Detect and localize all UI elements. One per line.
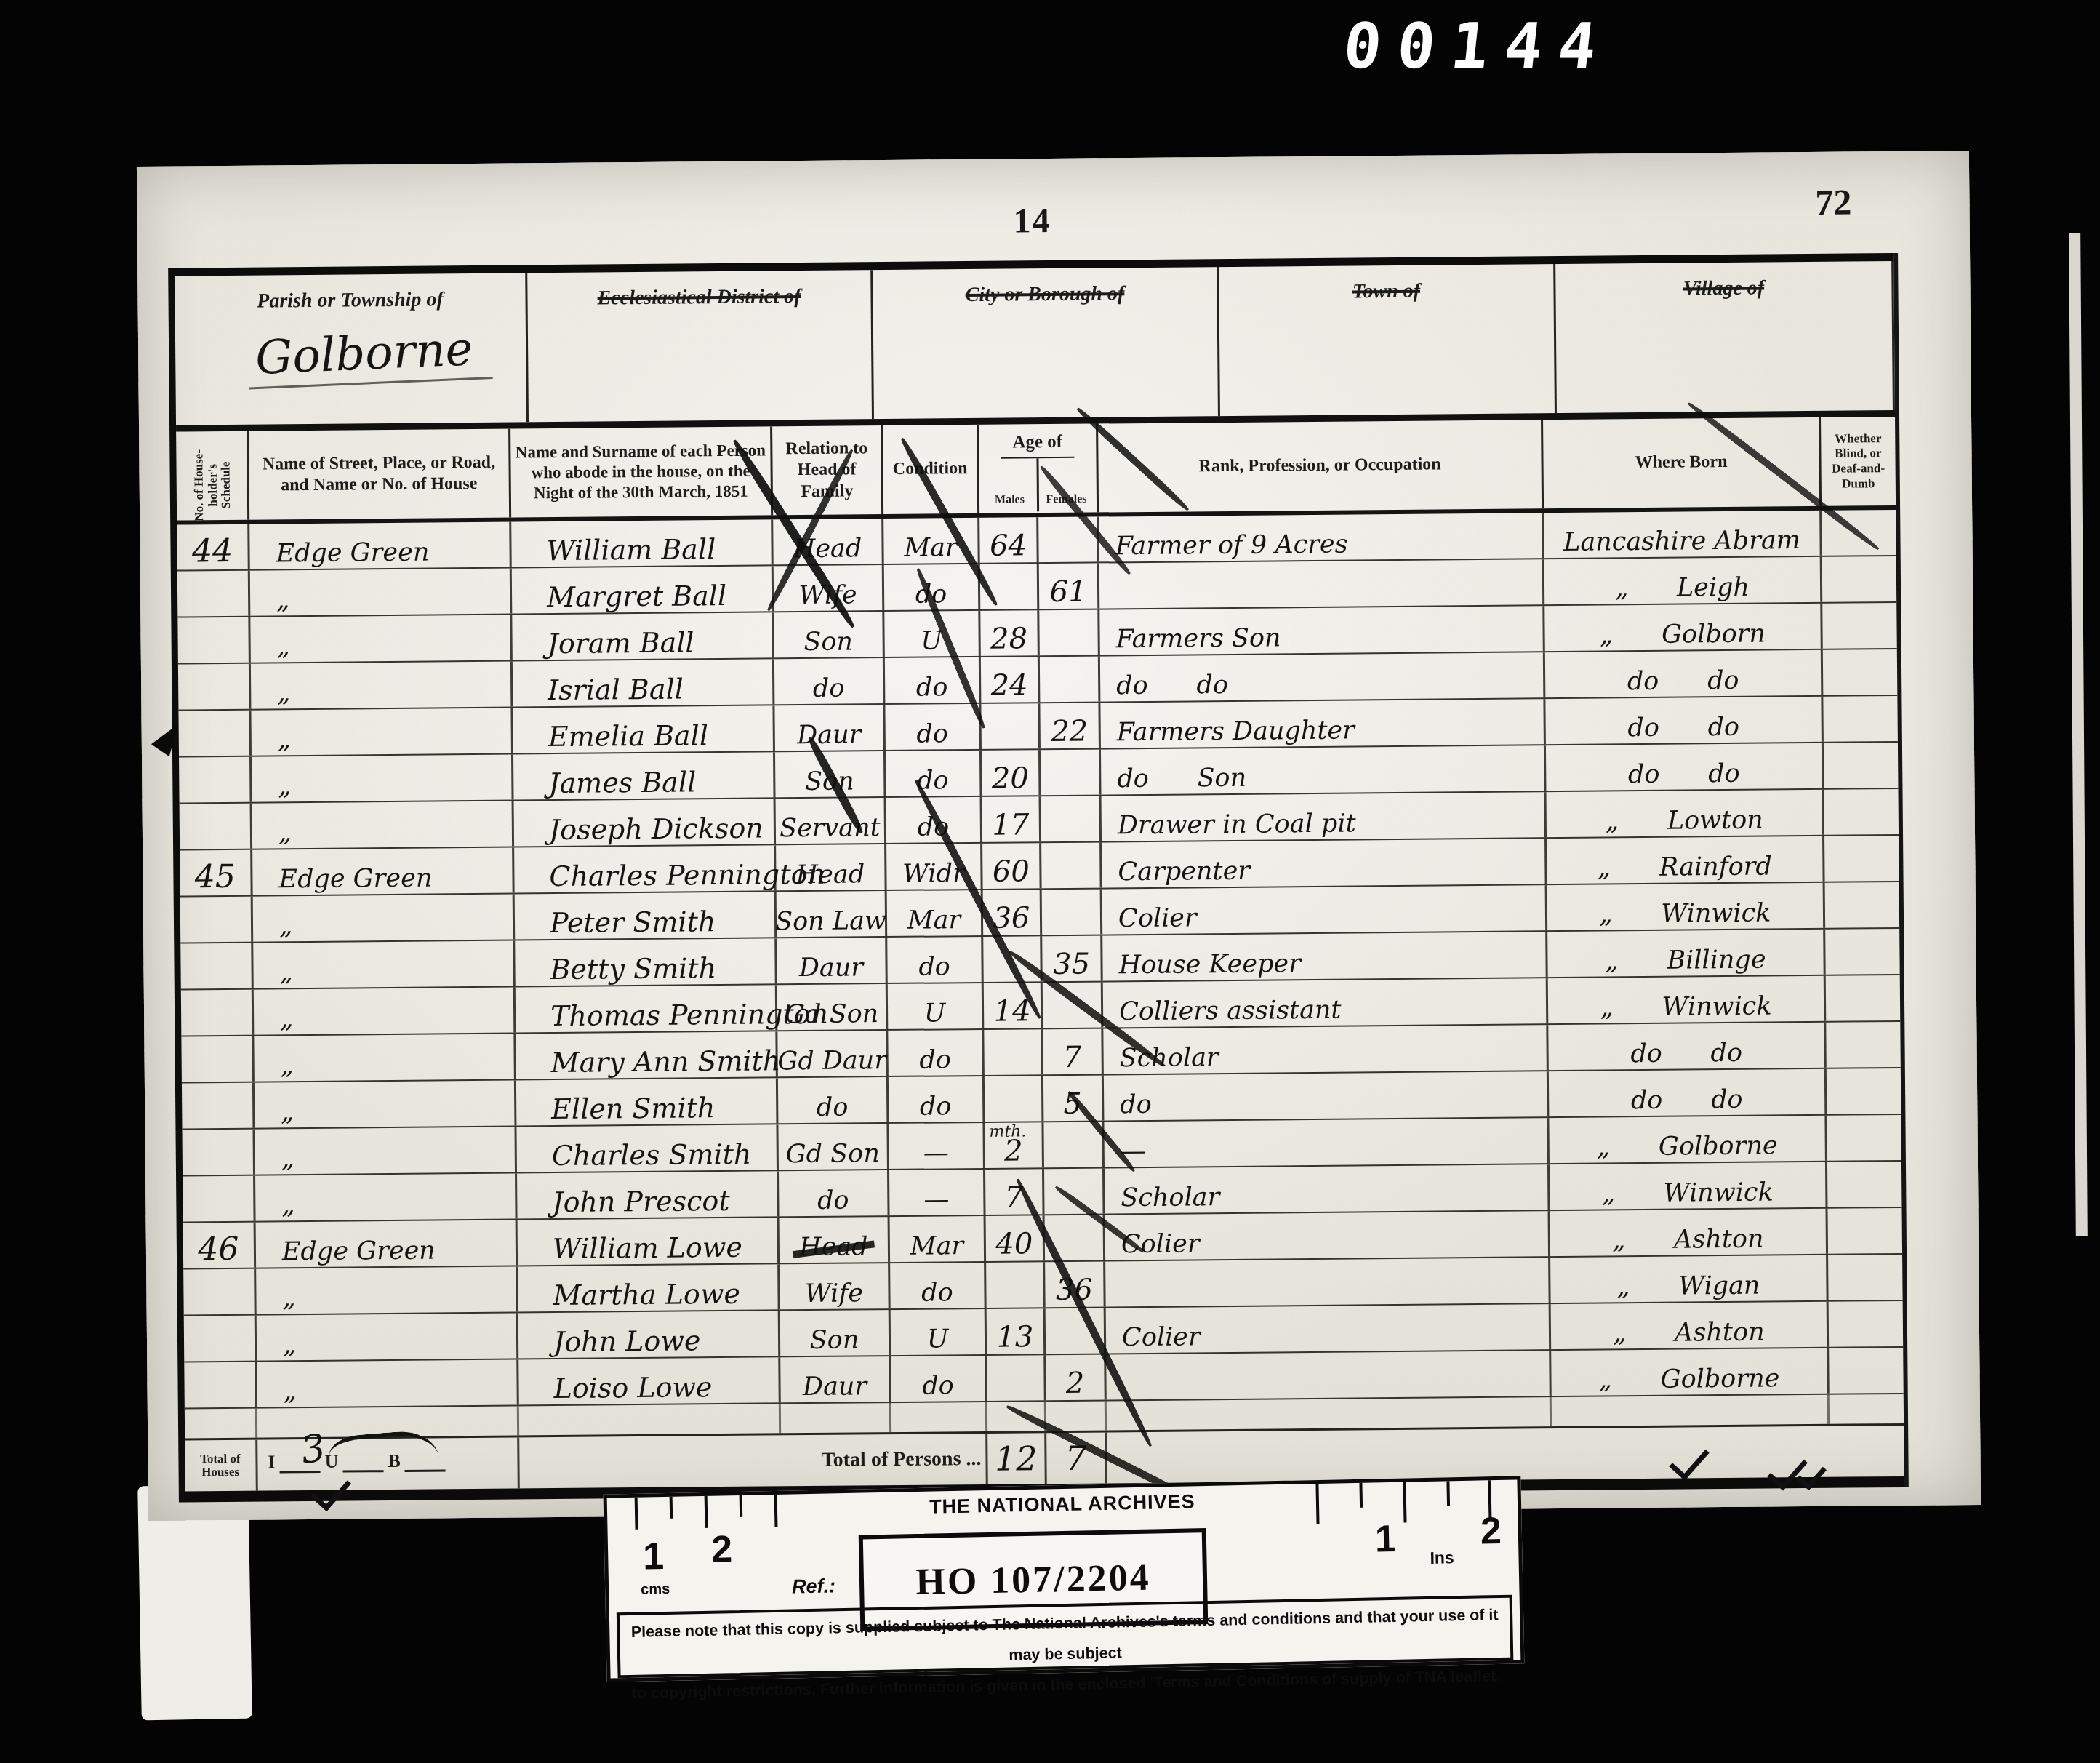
- cms-number-1: 1: [643, 1535, 665, 1579]
- cell-age_m: 60: [982, 843, 1042, 889]
- cell-condition: do: [887, 937, 984, 983]
- cell-age_m: [985, 1076, 1044, 1122]
- handwritten-age_m: 60: [993, 857, 1030, 886]
- handwritten-born: „ Rainford: [1598, 854, 1772, 881]
- handwritten-name: Isrial Ball: [548, 675, 684, 704]
- scan-counter: 00144: [1340, 10, 1616, 83]
- cell-age_m: [981, 703, 1041, 749]
- cell-age_f: [1044, 1168, 1105, 1214]
- cell-born: „ Rainford: [1547, 836, 1825, 884]
- handwritten-born: „ Golborne: [1599, 1366, 1780, 1393]
- cell-occupation: Colier: [1105, 1211, 1551, 1260]
- cell-schedule: [183, 1176, 256, 1222]
- handwritten-name: James Ball: [548, 768, 696, 797]
- cell-born: „ Wigan: [1550, 1255, 1829, 1303]
- handwritten-street: „: [279, 960, 292, 986]
- handwritten-relation: do: [813, 676, 845, 702]
- ruler-tick: [670, 1497, 673, 1519]
- cell-age_f: 61: [1039, 563, 1100, 609]
- cell-name: Emelia Ball: [513, 705, 775, 753]
- handwritten-street: „: [277, 634, 290, 660]
- cell-street: „: [256, 1267, 518, 1314]
- cell-relation: Gd Son: [777, 984, 889, 1030]
- cell-occupation: Farmer of 9 Acres: [1099, 513, 1544, 561]
- cell-born: „ Golborn: [1544, 604, 1823, 651]
- cell-name: Joram Ball: [512, 612, 774, 660]
- handwritten-condition: U: [924, 1001, 946, 1026]
- cell-street: Edge Green: [252, 848, 515, 895]
- col-born-header: Where Born: [1543, 417, 1822, 508]
- handwritten-occupation: Farmers Son: [1116, 625, 1281, 652]
- cell-street: „: [255, 1081, 517, 1128]
- handwritten-name: Emelia Ball: [548, 721, 709, 751]
- cell-age_m: 17: [982, 796, 1042, 842]
- handwritten-age_f: 2: [1066, 1369, 1085, 1398]
- cell-age_f: [1041, 796, 1102, 841]
- cell-occupation: do: [1104, 1071, 1550, 1120]
- ruler-tick: [774, 1495, 778, 1527]
- handwritten-born: „ Winwick: [1599, 900, 1771, 927]
- handwritten-schedule: 44: [192, 535, 233, 567]
- cell-blind: [1829, 1301, 1904, 1347]
- handwritten-age_m: 40: [995, 1229, 1033, 1258]
- village-label: Village of: [1555, 261, 1895, 413]
- handwritten-born: Lancashire Abram: [1563, 528, 1800, 556]
- total-houses-label: Total of Houses: [185, 1452, 255, 1479]
- houses-iub-cell: I U B 3: [257, 1438, 520, 1491]
- cell-name: Mary Ann Smith: [516, 1031, 778, 1079]
- cell-name: James Ball: [513, 752, 776, 799]
- cell-schedule: [182, 1083, 255, 1129]
- cell-street: „: [253, 941, 516, 988]
- cell-occupation: —: [1104, 1118, 1550, 1167]
- cell-name: John Lowe: [518, 1311, 781, 1358]
- total-persons-label: Total of Persons ...: [519, 1447, 985, 1475]
- cell-relation: do: [779, 1170, 890, 1216]
- handwritten-street: „: [281, 1146, 294, 1172]
- cell-born: do do: [1548, 1023, 1827, 1070]
- cell-blind: [1827, 1068, 1901, 1114]
- ruler-tick: [740, 1495, 743, 1517]
- handwritten-occupation: Scholar: [1120, 1045, 1219, 1071]
- folio-number-center: 14: [1013, 201, 1051, 241]
- handwritten-condition: U: [921, 628, 942, 654]
- handwritten-relation: Gd Son: [785, 1002, 878, 1028]
- handwritten-condition: do: [922, 1373, 954, 1399]
- cell-street: Edge Green: [249, 522, 512, 569]
- tna-copyright-notice: Please note that this copy is supplied s…: [617, 1595, 1514, 1679]
- cell-blind: [1822, 556, 1897, 602]
- handwritten-condition: do: [916, 675, 948, 700]
- cell-name: Martha Lowe: [518, 1264, 780, 1311]
- cell-schedule: [177, 571, 251, 617]
- cell-born: Lancashire Abram: [1544, 511, 1822, 558]
- cell-age_m: mth.2: [985, 1122, 1044, 1168]
- cell-condition: do: [888, 1030, 985, 1076]
- cell-street: „: [257, 1314, 519, 1361]
- handwritten-street: „: [278, 774, 291, 799]
- cell-age_m: [986, 1262, 1046, 1308]
- cell-age_f: 2: [1046, 1354, 1107, 1400]
- ruler-tick: [1359, 1483, 1363, 1508]
- cell-schedule: [181, 1036, 255, 1082]
- cell-schedule: [182, 1130, 255, 1175]
- cell-relation: do: [778, 1077, 889, 1123]
- handwritten-born: „ Golborn: [1600, 622, 1766, 649]
- handwritten-relation: Son: [803, 629, 853, 655]
- cell-street: Edge Green: [256, 1220, 518, 1268]
- cell-occupation: Carpenter: [1102, 839, 1547, 887]
- handwritten-age_m: 17: [992, 810, 1029, 839]
- handwritten-occupation: do Son: [1117, 766, 1246, 793]
- city-borough-label: City or Borough of: [873, 267, 1220, 419]
- handwritten-name: Betty Smith: [550, 954, 716, 983]
- handwritten-name: Charles Smith: [552, 1140, 752, 1170]
- cell-relation: Son: [774, 612, 885, 657]
- cell-condition: do: [885, 704, 982, 750]
- cell-relation: Head: [780, 1217, 891, 1263]
- handwritten-born: „ Winwick: [1602, 1180, 1774, 1207]
- col-street-header: Name of Street, Place, or Road, and Name…: [249, 429, 511, 520]
- handwritten-age_m: 28: [990, 624, 1027, 653]
- handwritten-condition: Mar: [910, 1234, 964, 1260]
- cell-born: do do: [1545, 650, 1824, 697]
- cell-age_f: [1039, 609, 1100, 655]
- age-males-label: Males: [982, 458, 1039, 512]
- cell-condition: do: [889, 1076, 985, 1122]
- handwritten-condition: Mar: [904, 535, 958, 561]
- handwritten-name: Mary Ann Smith: [551, 1047, 781, 1076]
- handwritten-name: Loiso Lowe: [553, 1373, 712, 1402]
- cell-occupation: Colliers assistant: [1103, 978, 1549, 1027]
- handwritten-relation: Daur: [797, 722, 862, 748]
- ins-number-2: 2: [1480, 1509, 1502, 1554]
- cell-street: „: [257, 1360, 519, 1407]
- cell-blind: [1823, 649, 1898, 695]
- cell-schedule: [180, 943, 254, 989]
- handwritten-street: Edge Green: [282, 1239, 436, 1266]
- column-header-row: No. of House-holder's Schedule Name of S…: [176, 417, 1896, 525]
- handwritten-born: do do: [1630, 1041, 1742, 1067]
- cell-age_f: 22: [1040, 703, 1101, 748]
- cell-schedule: 44: [177, 524, 250, 570]
- cell-schedule: [180, 897, 254, 943]
- col-schedule-header: No. of House-holder's Schedule: [176, 431, 249, 521]
- ins-label: Ins: [1430, 1548, 1454, 1568]
- col-schedule-label: No. of House-holder's Schedule: [192, 440, 233, 530]
- cell-street: „: [254, 988, 516, 1035]
- handwritten-age_f: 35: [1053, 950, 1090, 979]
- cell-name: Margret Ball: [512, 566, 774, 613]
- handwritten-street: „: [283, 1332, 296, 1358]
- cell-name: Ellen Smith: [516, 1078, 779, 1125]
- cell-relation: Gd Son: [778, 1124, 889, 1170]
- cell-occupation: Colier: [1106, 1304, 1552, 1353]
- cms-number-2: 2: [710, 1527, 732, 1572]
- cell-occupation: Farmers Daughter: [1100, 699, 1546, 748]
- handwritten-born: „ Ashton: [1613, 1320, 1765, 1347]
- handwritten-street: „: [282, 1286, 295, 1311]
- cell-condition: U: [891, 1309, 987, 1355]
- handwritten-age_m: 14: [993, 996, 1030, 1026]
- handwritten-born: „ Lowton: [1606, 808, 1763, 835]
- handwritten-street: „: [281, 1100, 294, 1125]
- cell-street: „: [255, 1174, 518, 1221]
- cell-schedule: [183, 1269, 257, 1315]
- cell-name: Loiso Lowe: [518, 1357, 781, 1404]
- cell-schedule: 46: [183, 1223, 257, 1268]
- cell-relation: Daur: [777, 938, 888, 983]
- cell-occupation: House Keeper: [1102, 932, 1548, 980]
- cell-schedule: [184, 1362, 257, 1408]
- cell-name: Isrial Ball: [513, 659, 775, 706]
- handwritten-name: Peter Smith: [550, 908, 716, 937]
- handwritten-street: „: [277, 681, 290, 706]
- cell-street: „: [253, 895, 516, 942]
- cell-relation: Son: [780, 1310, 891, 1356]
- town-label: Town of: [1219, 264, 1557, 416]
- cell-street: „: [254, 1034, 516, 1082]
- cell-blind: [1828, 1255, 1903, 1300]
- handwritten-relation: Gd Daur: [777, 1048, 886, 1074]
- cell-born: „ Leigh: [1544, 557, 1823, 604]
- cell-name: John Prescot: [517, 1171, 780, 1218]
- cell-blind: [1823, 696, 1898, 742]
- cell-condition: U: [884, 611, 981, 657]
- cell-blind: [1824, 789, 1899, 835]
- cell-blind: [1822, 603, 1897, 649]
- handwritten-street: „: [280, 1007, 293, 1032]
- ruler-tick: [705, 1496, 708, 1528]
- cell-age_f: [1041, 749, 1102, 795]
- handwritten-occupation: do do: [1116, 673, 1228, 699]
- cell-born: do do: [1549, 1069, 1827, 1116]
- total-persons-cell: Total of Persons ...: [519, 1434, 988, 1489]
- handwritten-age_f: 22: [1051, 717, 1088, 746]
- cell-schedule: [178, 664, 252, 710]
- cell-name: Charles Pennington: [514, 845, 777, 892]
- handwritten-condition: —: [923, 1140, 949, 1166]
- cell-age_m: 13: [987, 1308, 1046, 1354]
- handwritten-born: „ Ashton: [1612, 1227, 1764, 1254]
- handwritten-street: „: [281, 1193, 294, 1218]
- cell-schedule: [179, 757, 252, 803]
- cell-condition: —: [889, 1123, 985, 1169]
- handwritten-age_m: 13: [996, 1322, 1033, 1351]
- handwritten-occupation: Carpenter: [1118, 859, 1250, 886]
- handwritten-occupation: Colliers assistant: [1119, 998, 1342, 1026]
- handwritten-name: Joseph Dickson: [549, 815, 764, 844]
- total-males-cell: 12: [987, 1433, 1047, 1484]
- handwritten-street: „: [279, 914, 292, 939]
- col-blind-header: Whether Blind, or Deaf-and-Dumb: [1821, 417, 1896, 506]
- cell-born: „ Golborne: [1551, 1348, 1830, 1396]
- handwritten-occupation: Farmers Daughter: [1117, 718, 1355, 745]
- handwritten-relation: Gd Son: [786, 1141, 880, 1167]
- cell-schedule: [184, 1316, 257, 1362]
- cell-blind: [1824, 836, 1899, 881]
- ref-label: Ref.:: [792, 1575, 836, 1598]
- cell-age_f: 35: [1042, 935, 1103, 981]
- ruler-tick: [635, 1498, 638, 1530]
- cell-name: Betty Smith: [515, 938, 777, 986]
- cms-label: cms: [641, 1581, 670, 1599]
- cell-name: William Lowe: [518, 1218, 780, 1265]
- handwritten-condition: do: [920, 1094, 952, 1119]
- cell-street: „: [255, 1127, 517, 1175]
- handwritten-age_m: 24: [991, 671, 1028, 700]
- cell-born: do do: [1546, 743, 1824, 791]
- handwritten-age_m: 64: [990, 531, 1027, 560]
- handwritten-age_m: 2: [1004, 1136, 1023, 1165]
- cell-schedule: [178, 711, 252, 756]
- cell-condition: U: [888, 983, 985, 1029]
- total-males-value: 12: [995, 1442, 1038, 1476]
- handwritten-born: do do: [1631, 1087, 1743, 1114]
- handwritten-name: John Lowe: [553, 1327, 701, 1356]
- ecclesiastical-label: Ecclesiastical District of: [527, 270, 874, 422]
- cell-age_m: 28: [980, 610, 1040, 656]
- handwritten-relation: Son: [810, 1327, 859, 1354]
- cell-born: „ Winwick: [1550, 1162, 1828, 1210]
- ins-number-1: 1: [1374, 1517, 1396, 1562]
- handwritten-occupation: Farmer of 9 Acres: [1115, 532, 1347, 560]
- handwritten-age_f: 61: [1049, 577, 1086, 607]
- handwritten-condition: U: [927, 1327, 949, 1352]
- cell-born: „ Ashton: [1551, 1302, 1830, 1349]
- handwritten-condition: do: [921, 1280, 953, 1306]
- handwritten-born: do do: [1628, 761, 1740, 788]
- handwritten-occupation: Colier: [1118, 906, 1197, 932]
- cell-occupation: Drawer in Coal pit: [1102, 792, 1547, 841]
- cell-condition: —: [889, 1170, 986, 1215]
- cell-street: „: [251, 662, 513, 709]
- handwritten-condition: do: [916, 721, 948, 747]
- handwritten-street: „: [283, 1379, 296, 1404]
- cell-occupation: do Son: [1101, 745, 1547, 794]
- tna-reference-strip: THE NATIONAL ARCHIVES 1 cms 2 Ref.: HO 1…: [604, 1476, 1525, 1682]
- handwritten-condition: Mar: [907, 908, 961, 934]
- handwritten-occupation: Drawer in Coal pit: [1118, 811, 1356, 839]
- cell-street: „: [252, 755, 514, 802]
- handwritten-age_f: 7: [1063, 1043, 1082, 1072]
- handwritten-name: William Ball: [546, 535, 716, 564]
- cell-relation: Gd Daur: [777, 1031, 889, 1076]
- place-header-row: Parish or Township of Ecclesiastical Dis…: [175, 253, 1895, 432]
- cell-occupation: [1105, 1258, 1551, 1306]
- handwritten-born: „ Wigan: [1616, 1274, 1760, 1300]
- cell-name: Thomas Pennington: [516, 985, 778, 1032]
- handwritten-relation: do: [817, 1095, 849, 1121]
- cell-blind: [1824, 743, 1899, 788]
- cell-born: „ Winwick: [1548, 976, 1827, 1023]
- handwritten-born: „ Leigh: [1615, 575, 1750, 602]
- handwritten-occupation: Colier: [1122, 1324, 1201, 1351]
- cell-occupation: Colier: [1102, 885, 1548, 934]
- cell-age_m: 64: [979, 517, 1039, 563]
- handwritten-relation: Daur: [803, 1374, 867, 1400]
- census-table: Parish or Township of Ecclesiastical Dis…: [168, 253, 1909, 1503]
- handwritten-street: „: [278, 820, 292, 846]
- cell-blind: [1827, 1115, 1901, 1161]
- handwritten-name: William Lowe: [553, 1234, 742, 1263]
- age-of-label: Age of: [1001, 431, 1074, 458]
- cell-occupation: [1106, 1351, 1552, 1399]
- cell-age_f: [1043, 982, 1104, 1028]
- handwritten-name: Martha Lowe: [553, 1280, 740, 1309]
- folio-number-right: 72: [1815, 180, 1852, 223]
- col-age-header: Age of Males Females: [979, 424, 1099, 513]
- cell-relation: Daur: [780, 1356, 891, 1402]
- cell-blind: [1826, 975, 1901, 1021]
- handwritten-schedule: 45: [195, 861, 236, 893]
- cell-age_f: [1040, 656, 1101, 702]
- handwritten-relation: Daur: [799, 955, 864, 981]
- cell-condition: do: [886, 751, 982, 796]
- cell-blind: [1825, 882, 1900, 928]
- handwritten-occupation: Scholar: [1121, 1185, 1219, 1211]
- cell-occupation: Scholar: [1105, 1164, 1550, 1213]
- cell-age_f: 7: [1043, 1028, 1104, 1074]
- handwritten-street: Edge Green: [278, 866, 432, 893]
- handwritten-name: John Prescot: [552, 1187, 730, 1216]
- handwritten-relation: Head: [799, 1234, 868, 1260]
- cell-relation: Wife: [780, 1263, 891, 1309]
- handwritten-born: „ Winwick: [1600, 994, 1771, 1020]
- handwritten-condition: do: [919, 1047, 951, 1073]
- ref-value: HO 107/2204: [915, 1556, 1151, 1603]
- cell-age_m: [984, 1029, 1043, 1075]
- handwritten-occupation: do: [1120, 1092, 1152, 1118]
- handwritten-name: Margret Ball: [547, 582, 726, 611]
- cell-relation: Servant: [776, 798, 887, 844]
- handwritten-relation: Son Law: [775, 908, 886, 935]
- cell-blind: [1828, 1208, 1903, 1254]
- cell-schedule: 45: [180, 850, 253, 896]
- cell-name: Peter Smith: [515, 892, 777, 939]
- cell-born: „ Golborne: [1549, 1116, 1827, 1163]
- cell-occupation: Farmers Son: [1099, 606, 1545, 655]
- cell-blind: [1829, 1348, 1904, 1394]
- cell-street: „: [250, 615, 513, 663]
- handwritten-born: „ Golborne: [1597, 1133, 1778, 1160]
- total-houses-cell: Total of Houses: [185, 1440, 258, 1492]
- handwritten-age_m: 36: [993, 903, 1030, 932]
- cell-condition: do: [890, 1263, 987, 1308]
- handwritten-condition: do: [918, 954, 950, 980]
- cell-street: „: [250, 569, 513, 616]
- handwritten-born: do do: [1627, 715, 1739, 741]
- cell-street: „: [251, 708, 513, 756]
- parish-handwritten-value: Golborne: [247, 321, 493, 390]
- handwritten-condition: —: [923, 1187, 949, 1212]
- adjacent-page-edge: [2069, 233, 2088, 1236]
- cell-age_m: [987, 1355, 1046, 1401]
- cell-name: Charles Smith: [516, 1124, 779, 1172]
- cell-schedule: [181, 990, 255, 1036]
- cell-blind: [1825, 929, 1900, 975]
- cell-relation: Son Law: [777, 891, 888, 937]
- cell-occupation: Scholar: [1103, 1025, 1549, 1074]
- cell-relation: Head: [776, 844, 887, 890]
- cell-condition: Mar: [890, 1216, 987, 1262]
- cell-blind: [1827, 1162, 1902, 1207]
- cell-occupation: do do: [1100, 652, 1546, 701]
- cell-born: „ Winwick: [1547, 883, 1826, 930]
- cell-name: Joseph Dickson: [514, 799, 777, 846]
- cell-name: William Ball: [511, 519, 774, 567]
- cell-blind: [1826, 1022, 1901, 1068]
